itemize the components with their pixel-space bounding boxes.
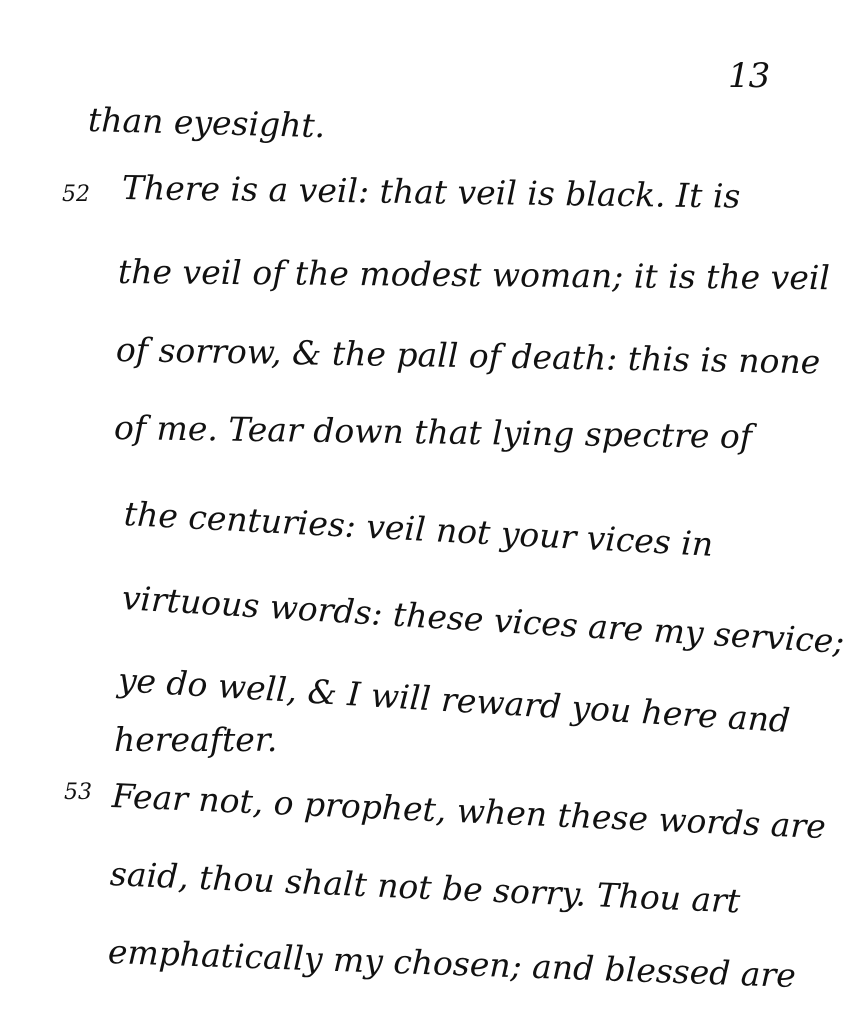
- page-number: 13: [728, 56, 769, 96]
- manuscript-line: There is a veil: that veil is black. It …: [122, 168, 741, 217]
- manuscript-line: hereafter.: [114, 720, 277, 760]
- verse-number: 52: [62, 182, 90, 207]
- manuscript-line: of me. Tear down that lying spectre of: [114, 408, 753, 457]
- manuscript-line: virtuous words: these vices are my servi…: [121, 578, 846, 662]
- verse-number: 53: [64, 780, 92, 805]
- manuscript-line: the veil of the modest woman; it is the …: [118, 252, 830, 298]
- manuscript-line: said, thou shalt not be sorry. Thou art: [109, 854, 741, 921]
- manuscript-line: the centuries: veil not your vices in: [123, 494, 714, 565]
- manuscript-line: emphatically my chosen; and blessed are: [107, 932, 796, 996]
- manuscript-line: Fear not, o prophet, when these words ar…: [111, 776, 826, 847]
- manuscript-line: than eyesight.: [87, 100, 325, 146]
- manuscript-line: of sorrow, & the pall of death: this is …: [116, 330, 821, 382]
- manuscript-page: 13 than eyesight. 52 There is a veil: th…: [0, 0, 857, 1024]
